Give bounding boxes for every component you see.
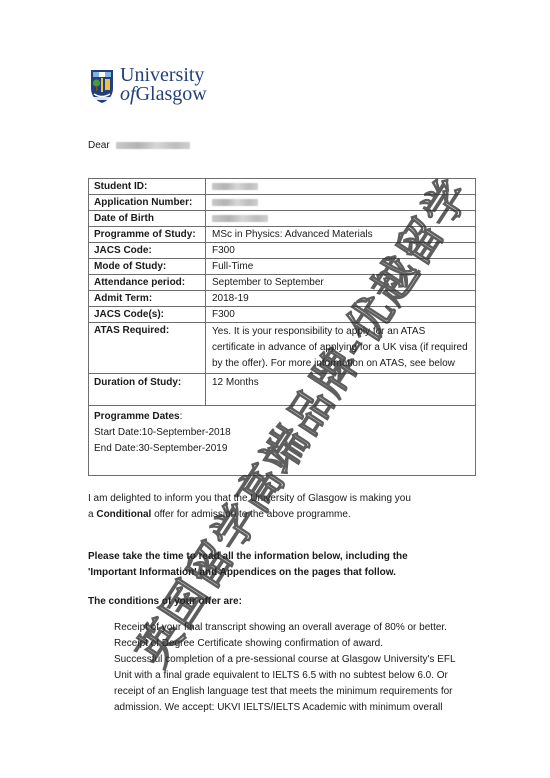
detail-row: Application Number: <box>89 195 476 211</box>
detail-value: 2018-19 <box>206 291 476 307</box>
salutation: Dear <box>88 140 110 151</box>
conditions-heading: The conditions of your offer are: <box>88 594 242 610</box>
programme-dates-heading: Programme Dates: <box>94 409 470 425</box>
detail-row: Mode of Study:Full-Time <box>89 259 476 275</box>
detail-value: September to September <box>206 275 476 291</box>
condition-item: Receipt of Degree Certificate showing co… <box>114 636 474 652</box>
redacted-name <box>116 142 190 149</box>
detail-value <box>206 211 476 227</box>
detail-row: JACS Code:F300 <box>89 243 476 259</box>
logo-of: of <box>120 83 136 105</box>
detail-label: Mode of Study: <box>89 259 206 275</box>
offer-intro-line-2: a Conditional offer for admission to the… <box>88 507 411 523</box>
detail-label: Student ID: <box>89 179 206 195</box>
conditions-list: Receipt of your final transcript showing… <box>114 620 474 716</box>
detail-value <box>206 179 476 195</box>
intro-suffix: offer for admission to the above program… <box>151 509 350 520</box>
detail-row: Admit Term:2018-19 <box>89 291 476 307</box>
logo-glasgow: Glasgow <box>136 83 207 105</box>
detail-value <box>206 195 476 211</box>
detail-label: ATAS Required: <box>89 323 206 374</box>
detail-value: 12 Months <box>206 374 476 406</box>
university-wordmark: University ofGlasgow <box>120 66 207 104</box>
detail-row: Date of Birth <box>89 211 476 227</box>
programme-dates-cell: Programme Dates: Start Date:10-September… <box>89 406 476 476</box>
detail-row: JACS Code(s):F300 <box>89 307 476 323</box>
detail-row: Attendance period:September to September <box>89 275 476 291</box>
detail-label: JACS Code: <box>89 243 206 259</box>
programme-dates-label: Programme Dates <box>94 411 180 422</box>
university-crest-icon <box>90 68 114 104</box>
detail-label: Programme of Study: <box>89 227 206 243</box>
detail-value: MSc in Physics: Advanced Materials <box>206 227 476 243</box>
read-notice-line-2: 'Important Information' and Appendices o… <box>88 565 408 581</box>
detail-row: Student ID: <box>89 179 476 195</box>
offer-details-table: Student ID:Application Number:Date of Bi… <box>88 178 476 476</box>
redacted-value <box>212 215 268 222</box>
offer-intro: I am delighted to inform you that the Un… <box>88 491 411 523</box>
detail-value: Yes. It is your responsibility to apply … <box>206 323 476 374</box>
university-logo: University ofGlasgow <box>88 66 218 110</box>
detail-label: Attendance period: <box>89 275 206 291</box>
detail-label: Application Number: <box>89 195 206 211</box>
redacted-value <box>212 183 258 190</box>
detail-value: F300 <box>206 243 476 259</box>
detail-label: Admit Term: <box>89 291 206 307</box>
detail-value: Full-Time <box>206 259 476 275</box>
detail-label: Duration of Study: <box>89 374 206 406</box>
detail-label: JACS Code(s): <box>89 307 206 323</box>
programme-dates-row: Programme Dates: Start Date:10-September… <box>89 406 476 476</box>
detail-label: Date of Birth <box>89 211 206 227</box>
detail-row: Duration of Study:12 Months <box>89 374 476 406</box>
offer-type: Conditional <box>96 509 151 520</box>
detail-value: F300 <box>206 307 476 323</box>
detail-row: Programme of Study:MSc in Physics: Advan… <box>89 227 476 243</box>
condition-item: Successful completion of a pre-sessional… <box>114 652 474 716</box>
offer-intro-line-1: I am delighted to inform you that the Un… <box>88 491 411 507</box>
detail-row: ATAS Required:Yes. It is your responsibi… <box>89 323 476 374</box>
read-notice: Please take the time to read all the inf… <box>88 549 408 581</box>
start-date: Start Date:10-September-2018 <box>94 425 470 441</box>
greeting: Dear <box>88 140 190 151</box>
read-notice-line-1: Please take the time to read all the inf… <box>88 549 408 565</box>
logo-line-2: ofGlasgow <box>120 85 207 104</box>
end-date: End Date:30-September-2019 <box>94 441 470 457</box>
redacted-value <box>212 199 258 206</box>
condition-item: Receipt of your final transcript showing… <box>114 620 474 636</box>
